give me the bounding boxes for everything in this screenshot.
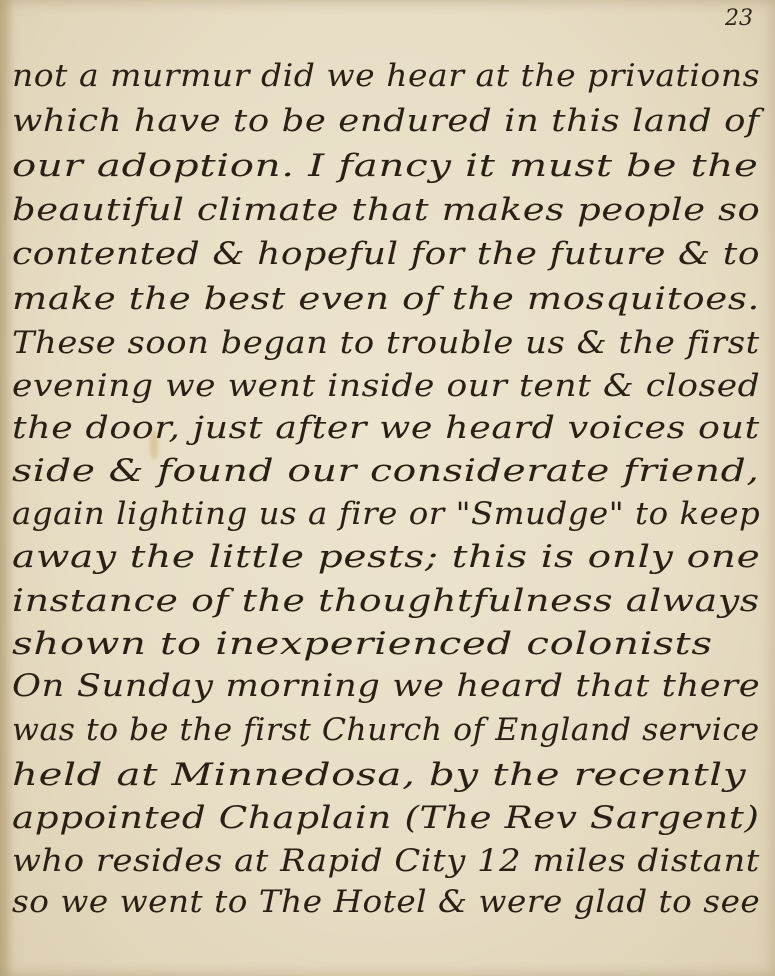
- text-line: held at Minnedosa, by the recently: [12, 757, 746, 793]
- text-line: was to be the first Church of England se…: [12, 712, 760, 748]
- text-line: side & found our considerate friend,: [12, 453, 759, 489]
- text-line: which have to be endured in this land of: [12, 103, 760, 139]
- text-line: our adoption. I fancy it must be the: [12, 148, 758, 184]
- text-line: appointed Chaplain (The Rev Sargent): [12, 800, 760, 836]
- text-line: so we went to The Hotel & were glad to s…: [12, 884, 760, 920]
- text-line: away the little pests; this is only one: [12, 539, 760, 575]
- text-line: These soon began to trouble us & the fir…: [12, 325, 760, 361]
- page-number: 23: [725, 6, 753, 31]
- text-line: the door, just after we heard voices out: [12, 410, 760, 446]
- journal-page: 23 not a murmur did we hear at the priva…: [0, 0, 775, 976]
- text-line: instance of the thoughtfulness always: [12, 583, 760, 619]
- text-line: not a murmur did we hear at the privatio…: [12, 58, 760, 94]
- text-line: make the best even of the mosquitoes.: [12, 281, 760, 317]
- text-line: again lighting us a fire or "Smudge" to …: [12, 496, 760, 532]
- text-line: contented & hopeful for the future & to: [12, 236, 760, 272]
- text-line: On Sunday morning we heard that there: [12, 668, 760, 704]
- text-line: evening we went inside our tent & closed: [12, 368, 760, 404]
- text-line: shown to inexperienced colonists: [12, 626, 713, 662]
- text-line: beautiful climate that makes people so: [12, 192, 760, 228]
- text-line: who resides at Rapid City 12 miles dista…: [12, 843, 760, 879]
